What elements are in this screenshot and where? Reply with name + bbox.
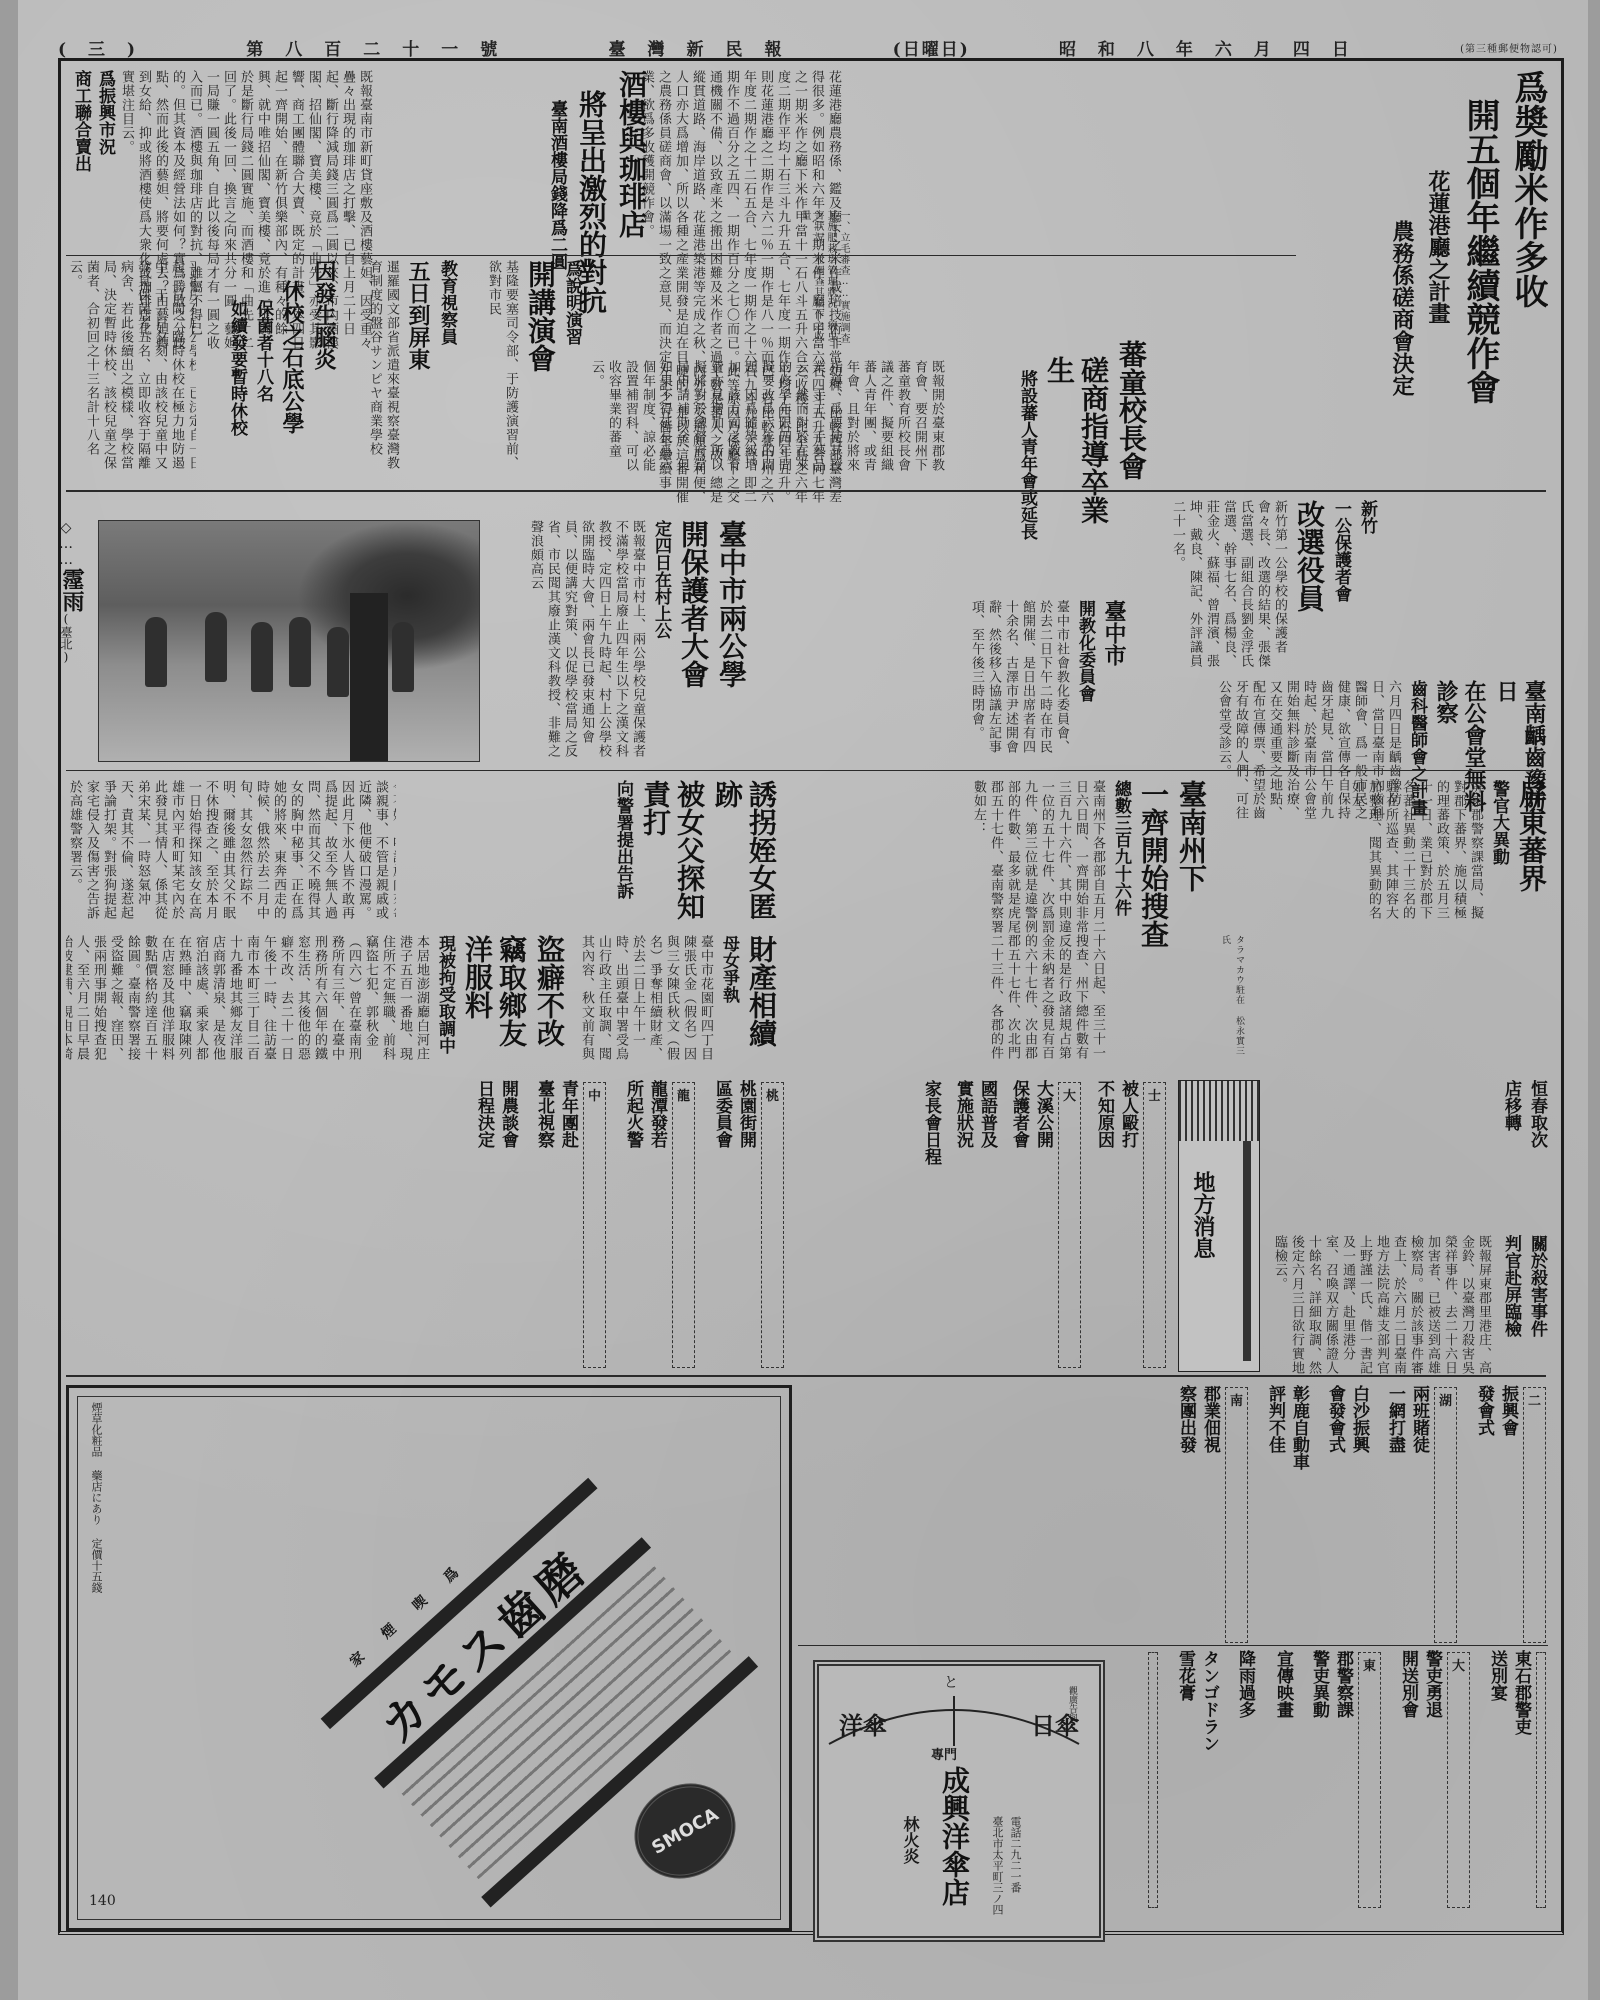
headline: タンゴドラン <box>1198 1650 1220 1910</box>
location-tag: 東 <box>1358 1652 1381 1908</box>
subheadline: 五日到屏東 <box>404 260 432 470</box>
tree-trunk <box>350 593 388 761</box>
divider <box>66 255 1296 256</box>
article-meningitis-body: 既報因發生腦膜炎保菌者之基隆郡平溪庄石底公學校、已決定自一日起三日間、臨時休校在… <box>66 260 196 470</box>
figure <box>145 617 167 687</box>
caption-title: 霪雨 <box>58 568 86 612</box>
headline: 誘拐姪女匿跡 <box>710 780 778 930</box>
subtitle: 現被拘受取調中 <box>434 935 456 1070</box>
article-changlu[interactable]: 彰鹿自動車 評判不佳 <box>1264 1385 1310 1645</box>
article-taichung-education[interactable]: 臺中市 開教化委員會 臺中市社會教化委員會、於去二日下午二時在市民館開催、是日出… <box>758 600 1128 760</box>
bottom-local-news: 二 振興會 發會式 湖 兩班賭徒 一網打盡 白沙振興 會發會式 彰鹿自動車 評判… <box>798 1385 1548 1645</box>
headline: 青年團赴 <box>557 1080 579 1370</box>
arc-left-text: 洋傘 <box>839 1706 887 1741</box>
subheadline: 評判不佳 <box>1264 1385 1286 1645</box>
headline: 郡業佃視 <box>1199 1385 1221 1645</box>
article-pingtung-aboriginal[interactable]: 屏東蕃界 警官大異動 屏東郡警察課當局、擬對郡下蕃界、施以積極的理蕃政策、於五月… <box>1218 780 1548 930</box>
article-tango-cream[interactable]: 關於殺害事件 判官赴屏臨檢 既報屏東郡里港庄、高金鈴、以臺灣刀殺害吳榮祥事件、去… <box>1268 1235 1548 1375</box>
subheadline: 商工聯合賣出 <box>70 70 92 250</box>
subheadline: 爲說明演習 <box>561 260 583 470</box>
subheadline: 一齊開始搜查 <box>1136 780 1170 1070</box>
subheadline: 日程決定 <box>473 1080 495 1370</box>
subheadline: 母女爭執 <box>718 935 740 1070</box>
subheadline: 休校之石底公學 <box>278 260 306 470</box>
location-tag: 龍 <box>672 1082 695 1368</box>
headline: 彰鹿自動車 <box>1288 1385 1310 1645</box>
brand-logo-text: SMOCA <box>648 1804 722 1859</box>
article-rice-competition[interactable]: 爲奬勵米作多收 開五個年繼續競作會 花蓮港廳之計畫 農務係磋商會決定 <box>1308 70 1548 560</box>
article-youth[interactable]: 中 青年團赴 臺北視察 <box>533 1080 608 1370</box>
article-taoyuan[interactable]: 桃 桃園街開 區委員會 <box>711 1080 786 1370</box>
article-aboriginal-school[interactable]: 蕃童校長會 磋商指導卒業生 將設蕃人青年會或延長教育年限 <box>1018 340 1148 540</box>
article-shilin[interactable]: 士 被人毆打 不知原因 <box>1093 1080 1168 1370</box>
subtitle: 保菌者十八名 <box>252 260 274 470</box>
article-propaganda-film[interactable]: 降雨過多 <box>1234 1650 1256 1910</box>
subheadline: 區委員會 <box>711 1080 733 1370</box>
photo-rain-taipei <box>98 520 480 762</box>
ad-tag: 觀廣告與 <box>1066 1686 1079 1722</box>
issue-number: 第八百二十一號 <box>246 35 519 60</box>
pole-illustration <box>1243 1141 1251 1361</box>
divider <box>66 490 1546 492</box>
headline: 屏東蕃界 <box>1514 780 1548 930</box>
headline: 恒春取次 <box>1526 1080 1548 1230</box>
tagline: 農務係磋商會決定 <box>1388 70 1416 560</box>
subheadline: 實施狀況 <box>952 1080 974 1370</box>
article-body: 暹羅國文部省派遣來臺視察臺灣教育制度的盤谷サンピヤ商業學校 <box>366 260 400 470</box>
regional-news-banner: 地方消息 <box>1178 1080 1260 1372</box>
headline: 振興會 <box>1497 1385 1519 1645</box>
subtitle: 總數三百九十六件 <box>1110 780 1132 1070</box>
article-parents-meeting[interactable]: 家長會日程 <box>920 1080 942 1370</box>
subheadline: 被女父探知責打 <box>638 780 706 930</box>
article-longtan[interactable]: 龍 龍潭發若 所起火警 <box>622 1080 697 1370</box>
page-number: 140 <box>89 1893 116 1909</box>
headline: 財產相續 <box>744 935 778 1070</box>
corner-note-2: 藥店にあり <box>90 1470 103 1525</box>
article-daxi[interactable]: 大 大溪公開 保護者會 <box>1008 1080 1083 1370</box>
subheadline: 開教化委員會 <box>1074 600 1096 760</box>
local-news-grid: 士 被人毆打 不知原因 大 大溪公開 保護者會 國語普及 實施狀況 家長會日程 <box>798 1080 1168 1370</box>
article-body: 新竹第一公學校的保護者會々長、改選的結果、張傑氏當選、副組合長劉金浮氏當選、幹事… <box>1169 500 1288 670</box>
divider <box>66 1375 1546 1377</box>
article-body: 基隆要塞司令部、于防護演習前、欲對市民 <box>485 260 519 470</box>
article-meningitis[interactable]: 因發生腦炎 休校之石底公學 保菌者十八名 如續發要暫時休校 <box>198 260 338 470</box>
curtain-illustration <box>1179 1081 1259 1141</box>
palm-tree <box>297 521 480 671</box>
location-tag: 桃 <box>761 1082 784 1368</box>
location-tag <box>1148 1652 1158 1908</box>
article-body: 屏東郡警察課當局、擬對郡下蕃界、施以積極的理蕃政策、於五月三十一日、業已對於郡下… <box>1348 780 1484 930</box>
subheadline: 一網打盡 <box>1384 1385 1406 1645</box>
subheadline: 雪花膏 <box>1174 1650 1196 1910</box>
page-marker: (三) <box>58 35 157 60</box>
subheadline: 一公保護者會 <box>1330 500 1352 670</box>
headline: 降雨過多 <box>1234 1650 1256 1718</box>
article-rain[interactable]: タンゴドラン 雪花膏 <box>1174 1650 1220 1910</box>
corner-note: 煙草化粧品 藥店にあり 定價十五錢 <box>89 1402 103 1593</box>
rice-notes: 一、立毛審查……實施調查其施肥栽培管理狀況、病虫害狀況、並調查其稻作之收量 <box>798 210 1018 350</box>
subheadline: 保護者會 <box>1008 1080 1030 1370</box>
headline: 開講演會 <box>523 260 557 470</box>
figure <box>392 622 414 692</box>
owner: 林火炎 <box>899 1816 922 1864</box>
address: 臺北市太平町三ノ四 <box>989 1816 1005 1915</box>
headline: 爲振興市況 <box>94 70 116 250</box>
location-tag: 新竹 <box>1356 500 1378 670</box>
article-kidnap-body: 高雄市旗後町張狗（四十五假名）之長女張氏腳（假名二十八）是個中婆的老處女、爲何至… <box>66 780 396 930</box>
headline: 教育視察員 <box>436 260 458 470</box>
umbrella-shop-ad[interactable]: 洋傘 日傘 と 專門 成興洋傘店 林火炎 臺北市太平町三ノ四 電話二九二一番 觀… <box>813 1660 1105 1942</box>
headline: 被人毆打 <box>1117 1080 1139 1370</box>
headline: 改選役員 <box>1292 500 1326 670</box>
newspaper-page: (三) 第八百二十一號 臺灣新民報 (日曜日) 昭和八年六月四日 (第三種郵便物… <box>18 0 1588 2000</box>
article-body: 臺中市社會教化委員會、於去二日下午二時在市民館開催、是日出席者有四十余名、古澤市… <box>968 600 1070 760</box>
subheadline: 臺北視察 <box>533 1080 555 1370</box>
phone: 電話二九二一番 <box>1007 1816 1023 1893</box>
location-tag: 二 <box>1523 1387 1546 1643</box>
headline: 宣傳映畫 <box>1272 1650 1294 1910</box>
article-body: 臺南州下各郡部自五月二十六日起、至三十一日六日間、一齊開始非常搜查、州下總件數有… <box>970 780 1106 1070</box>
shop-name: 成興洋傘店 <box>937 1766 971 1906</box>
headline: 桃園街開 <box>735 1080 757 1370</box>
subheadline: 開保護者大會 <box>676 520 710 760</box>
paper-name: 臺灣新民報 <box>608 35 803 60</box>
location-tag: 大 <box>1447 1652 1470 1908</box>
transfer-entry: タラマカウ駐在 松永實三氏 <box>1218 935 1246 1065</box>
subheadline: 警吏異動 <box>1308 1650 1330 1910</box>
article-pingtung-murder[interactable]: 恒春取次 店移轉 <box>1268 1080 1548 1230</box>
subheadline: 店移轉 <box>1500 1080 1522 1230</box>
article-dalin[interactable]: 大 警吏勇退 開送別會 <box>1397 1650 1472 1910</box>
subheadline: 送別宴 <box>1486 1650 1508 1910</box>
headline: 警吏勇退 <box>1421 1650 1443 1910</box>
article-kidnap[interactable]: 誘拐姪女匿跡 被女父探知責打 向警署提出告訴 <box>398 780 778 930</box>
location-tag: 大 <box>1058 1082 1081 1368</box>
article-beimen[interactable]: 白沙振興 會發會式 <box>1324 1385 1370 1645</box>
article-hukou[interactable]: 二 振興會 發會式 <box>1473 1385 1548 1645</box>
headline: 爲奬勵米作多收 <box>1508 70 1548 560</box>
corner-note-1: 煙草化粧品 <box>90 1402 103 1457</box>
article-body: 臺中市花園町四丁目陳張氏金（假名）因與三女陳氏秋文（假名）爭奪相續財產、於去二日… <box>578 935 714 1070</box>
article-body: 既報因發生腦膜炎保菌者之基隆郡平溪庄石底公學校、已決定自一日起三日間、臨時休校在… <box>66 260 196 470</box>
headline: 臺南州下 <box>1174 780 1208 1070</box>
article-dongshi-farewell[interactable]: 宣傳映畫 <box>1270 1650 1294 1910</box>
subheadline: 會發會式 <box>1324 1385 1346 1645</box>
article-hsinchu-commerce[interactable]: 爲振興市況 商工聯合賣出 <box>66 70 116 250</box>
location-tag: 中 <box>583 1082 606 1368</box>
headline: 郡警察課 <box>1332 1650 1354 1910</box>
figure <box>289 617 311 687</box>
note-1: 一、立毛審查……實施調查其施肥栽培管理狀況、病虫害狀況、並調查其稻作之收量 <box>798 210 850 350</box>
headline: 關於殺害事件 <box>1526 1235 1548 1375</box>
weekday: (日曜日) <box>893 35 970 60</box>
subheadline: 發會式 <box>1473 1385 1495 1645</box>
headline: 因發生腦炎 <box>310 260 338 470</box>
headline: 白沙振興 <box>1348 1385 1370 1645</box>
corner-note-3: 定價十五錢 <box>90 1538 103 1593</box>
article-inheritance[interactable]: 財產相續 母女爭執 臺中市花園町四丁目陳張氏金（假名）因與三女陳氏秋文（假名）爭… <box>578 935 778 1070</box>
article-body: 既報屏東郡里港庄、高金鈴、以臺灣刀殺害吳榮祥事件、去二十六日加害者、已被送到高雄… <box>1271 1235 1492 1375</box>
article-thief[interactable]: 盜癖不改 竊取鄉友洋服料 現被拘受取調中 本居地澎湖廳白河庄港子五百一番地、現住… <box>66 935 566 1070</box>
banner-title: 地方消息 <box>1189 1171 1217 1259</box>
article-nantou[interactable]: 南 郡業佃視 察團出發 <box>1175 1385 1250 1645</box>
subheadline: 不知原因 <box>1093 1080 1115 1370</box>
pingtung-transfer-list: タラマカウ駐在 松永實三氏 <box>1218 935 1548 1065</box>
headline: 酒樓與珈琲店 <box>614 70 648 350</box>
headline: 蕃童校長會 <box>1114 340 1148 540</box>
figure <box>251 622 273 692</box>
location-tag: 士 <box>1143 1082 1166 1368</box>
location-tag: 湖 <box>1434 1387 1457 1643</box>
subtitle: 花蓮港廳之計畫 <box>1424 70 1452 560</box>
headline: 家長會日程 <box>920 1080 942 1165</box>
figure <box>205 612 227 682</box>
article-erlin[interactable]: 東石郡警吏 送別宴 <box>1486 1650 1548 1910</box>
subtitle: 將設蕃人青年會或延長教育年限 <box>1018 340 1038 540</box>
issue-date: 昭和八年六月四日 <box>1059 35 1371 60</box>
article-taichung-guardians[interactable]: 臺中市兩公學 開保護者大會 定四日在村上公 既報臺中市村上、兩公學校兒童保護者不… <box>488 520 748 760</box>
divider <box>798 1645 1548 1646</box>
headline: 國語普及 <box>976 1080 998 1370</box>
subtitle: 定四日在村上公 <box>650 520 672 760</box>
divider <box>66 770 1546 771</box>
location-tag <box>1536 1652 1546 1908</box>
article-tainan-search[interactable]: 臺南州下 一齊開始搜查 總數三百九十六件 臺南州下各郡部自五月二十六日起、至三十… <box>788 780 1208 1070</box>
bottom-local-news-2: 東石郡警吏 送別宴 大 警吏勇退 開送別會 東 郡警察課 警吏異動 宣傳映畫 降… <box>1108 1650 1548 1910</box>
postal-note: (第三種郵便物認可) <box>1460 40 1558 55</box>
subheadline: 警官大異動 <box>1488 780 1510 930</box>
photo-caption: ◇…… 霪雨 (臺北) <box>58 520 94 760</box>
headline: 龍潭發若 <box>646 1080 668 1370</box>
article-hsinchu-guardian[interactable]: 新竹 一公保護者會 改選役員 新竹第一公學校的保護者會々長、改選的結果、張傑氏當… <box>1158 500 1378 670</box>
location-tag: 南 <box>1225 1387 1248 1643</box>
article-language[interactable]: 國語普及 實施狀況 <box>952 1080 998 1370</box>
tagline: 如續發要暫時休校 <box>226 260 248 470</box>
headline: 臺中市兩公學 <box>714 520 748 760</box>
article-hengchun[interactable] <box>1142 1650 1160 1910</box>
subtitle: 向警署提出告訴 <box>612 780 634 930</box>
headline: 盜癖不改 <box>532 935 566 1070</box>
subheadline: 竊取鄉友洋服料 <box>460 935 528 1070</box>
subheadline: 所起火警 <box>622 1080 644 1370</box>
caption-marker: ◇…… <box>58 520 74 568</box>
article-body: 本居地澎湖廳白河庄港子五百一番地、現住所不定無職、前科竊盜七犯、郭秋金（四六）曾… <box>66 935 430 1070</box>
article-body: 既報開於臺東郡教育會、要召開州下蕃童教育所校長會議之件、擬要組織蕃人青年團、或青… <box>588 360 945 480</box>
figure <box>327 627 349 697</box>
article-farmers[interactable]: 開農談會 日程決定 <box>473 1080 519 1370</box>
article-baisha[interactable]: 湖 兩班賭徒 一網打盡 <box>1384 1385 1459 1645</box>
headline: 東石郡警吏 <box>1510 1650 1532 1910</box>
headline: 臺中市 <box>1100 600 1128 760</box>
conjunction: と <box>944 1672 958 1692</box>
article-dongshi[interactable]: 東 郡警察課 警吏異動 <box>1308 1650 1383 1910</box>
subheadline: 開送別會 <box>1397 1650 1419 1910</box>
subheadline: 判官赴屏臨檢 <box>1500 1235 1522 1375</box>
caption-location: (臺北) <box>58 612 75 664</box>
specialty: 專門 <box>931 1744 957 1763</box>
masthead: (三) 第八百二十一號 臺灣新民報 (日曜日) 昭和八年六月四日 (第三種郵便物… <box>58 36 1558 58</box>
article-body: 高雄市旗後町張狗（四十五假名）之長女張氏腳（假名二十八）是個中婆的老處女、爲何至… <box>66 780 396 930</box>
local-news-grid-left: 桃 桃園街開 區委員會 龍 龍潭發若 所起火警 中 青年團赴 臺北視察 開農談會… <box>66 1080 786 1370</box>
article-education-inspector[interactable]: 教育視察員 五日到屏東 暹羅國文部省派遣來臺視察臺灣教育制度的盤谷サンピヤ商業學… <box>348 260 458 470</box>
headline: 開農談會 <box>497 1080 519 1370</box>
headline: 大溪公開 <box>1032 1080 1054 1370</box>
article-lecture[interactable]: 爲說明演習 開講演會 基隆要塞司令部、于防護演習前、欲對市民 <box>463 260 583 470</box>
subheadline: 開五個年繼續競作會 <box>1460 70 1500 560</box>
headline: 兩班賭徒 <box>1408 1385 1430 1645</box>
subheadline: 察團出發 <box>1175 1385 1197 1645</box>
subheadline: 磋商指導卒業生 <box>1042 340 1110 540</box>
article-body: 既報臺中市村上、兩公學校兒童保護者不滿學校當局廢止四年生以下之漢文科教授、定四日… <box>527 520 646 760</box>
